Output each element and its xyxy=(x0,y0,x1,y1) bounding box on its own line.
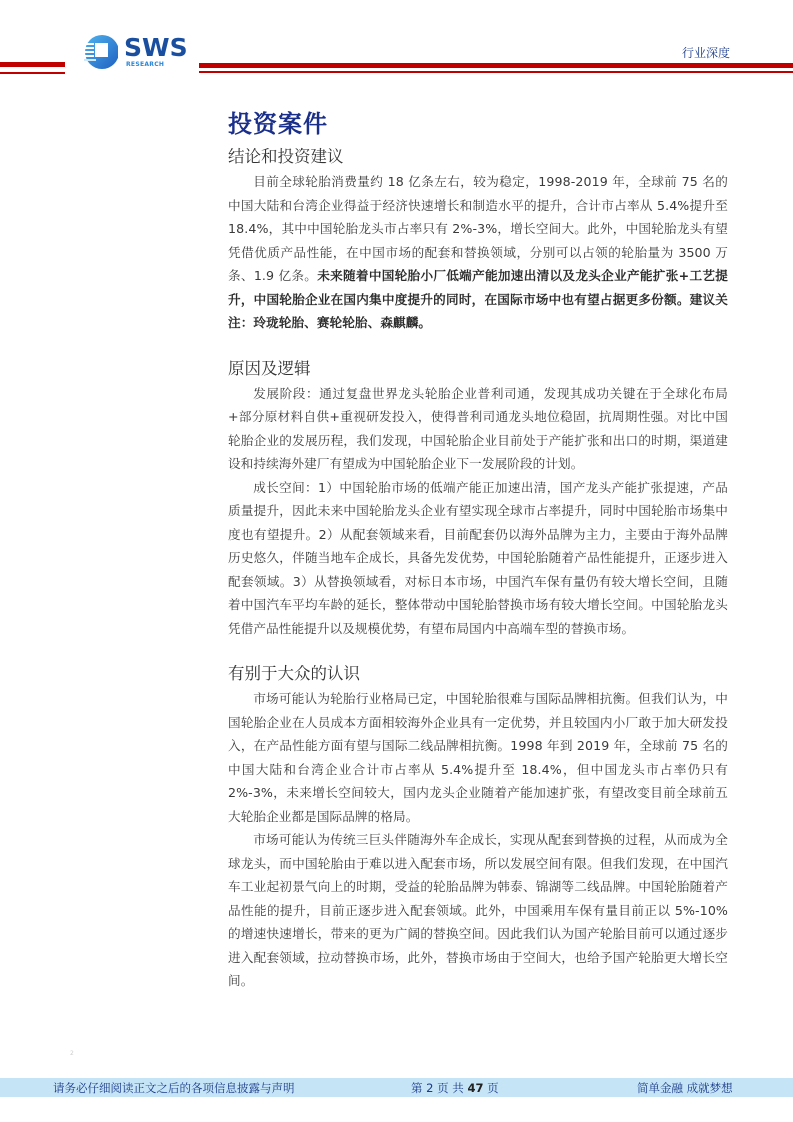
page-title: 投资案件 xyxy=(228,104,728,144)
header-rule-right xyxy=(199,63,793,68)
footer-bar: 请务必仔细阅读正文之后的各项信息披露与声明 第 2 页 共 47 页 简单金融 … xyxy=(0,1078,793,1097)
paragraph-text: 目前全球轮胎消费量约 18 亿条左右，较为稳定，1998-2019 年，全球前 … xyxy=(228,174,728,283)
sws-logo: SWS RESEARCH xyxy=(82,32,192,74)
header-rule-left-thin xyxy=(0,72,65,74)
logo-text: SWS xyxy=(124,34,188,62)
footer-disclaimer: 请务必仔细阅读正文之后的各项信息披露与声明 xyxy=(53,1080,295,1096)
sws-logo-mark-icon xyxy=(82,32,118,72)
paragraph: 发展阶段：通过复盘世界龙头轮胎企业普利司通，发现其成功关键在于全球化布局+部分原… xyxy=(228,382,728,476)
document-type-label: 行业深度 xyxy=(682,44,730,61)
header-rule-right-thin xyxy=(199,71,793,73)
section-heading-contrarian-view: 有别于大众的认识 xyxy=(228,661,728,687)
paragraph: 成长空间：1）中国轮胎市场的低端产能正加速出清，国产龙头产能扩张提速，产品质量提… xyxy=(228,476,728,641)
page-number-prefix: 第 2 页 共 xyxy=(411,1081,467,1095)
section-heading-reasons: 原因及逻辑 xyxy=(228,356,728,382)
page-number-suffix: 页 xyxy=(483,1081,498,1095)
page-total: 47 xyxy=(467,1081,483,1095)
logo-subtext: RESEARCH xyxy=(126,61,164,68)
paragraph: 目前全球轮胎消费量约 18 亿条左右，较为稳定，1998-2019 年，全球前 … xyxy=(228,170,728,335)
section-heading-conclusion: 结论和投资建议 xyxy=(228,144,728,170)
page-mark: 2 xyxy=(70,1050,74,1057)
paragraph: 市场可能认为轮胎行业格局已定，中国轮胎很难与国际品牌相抗衡。但我们认为，中国轮胎… xyxy=(228,687,728,828)
main-content: 投资案件 结论和投资建议 目前全球轮胎消费量约 18 亿条左右，较为稳定，199… xyxy=(228,104,728,993)
header-rule-left xyxy=(0,62,65,67)
page-number: 第 2 页 共 47 页 xyxy=(411,1080,499,1096)
footer-slogan: 简单金融 成就梦想 xyxy=(637,1080,733,1096)
paragraph: 市场可能认为传统三巨头伴随海外车企成长，实现从配套到替换的过程，从而成为全球龙头… xyxy=(228,828,728,993)
